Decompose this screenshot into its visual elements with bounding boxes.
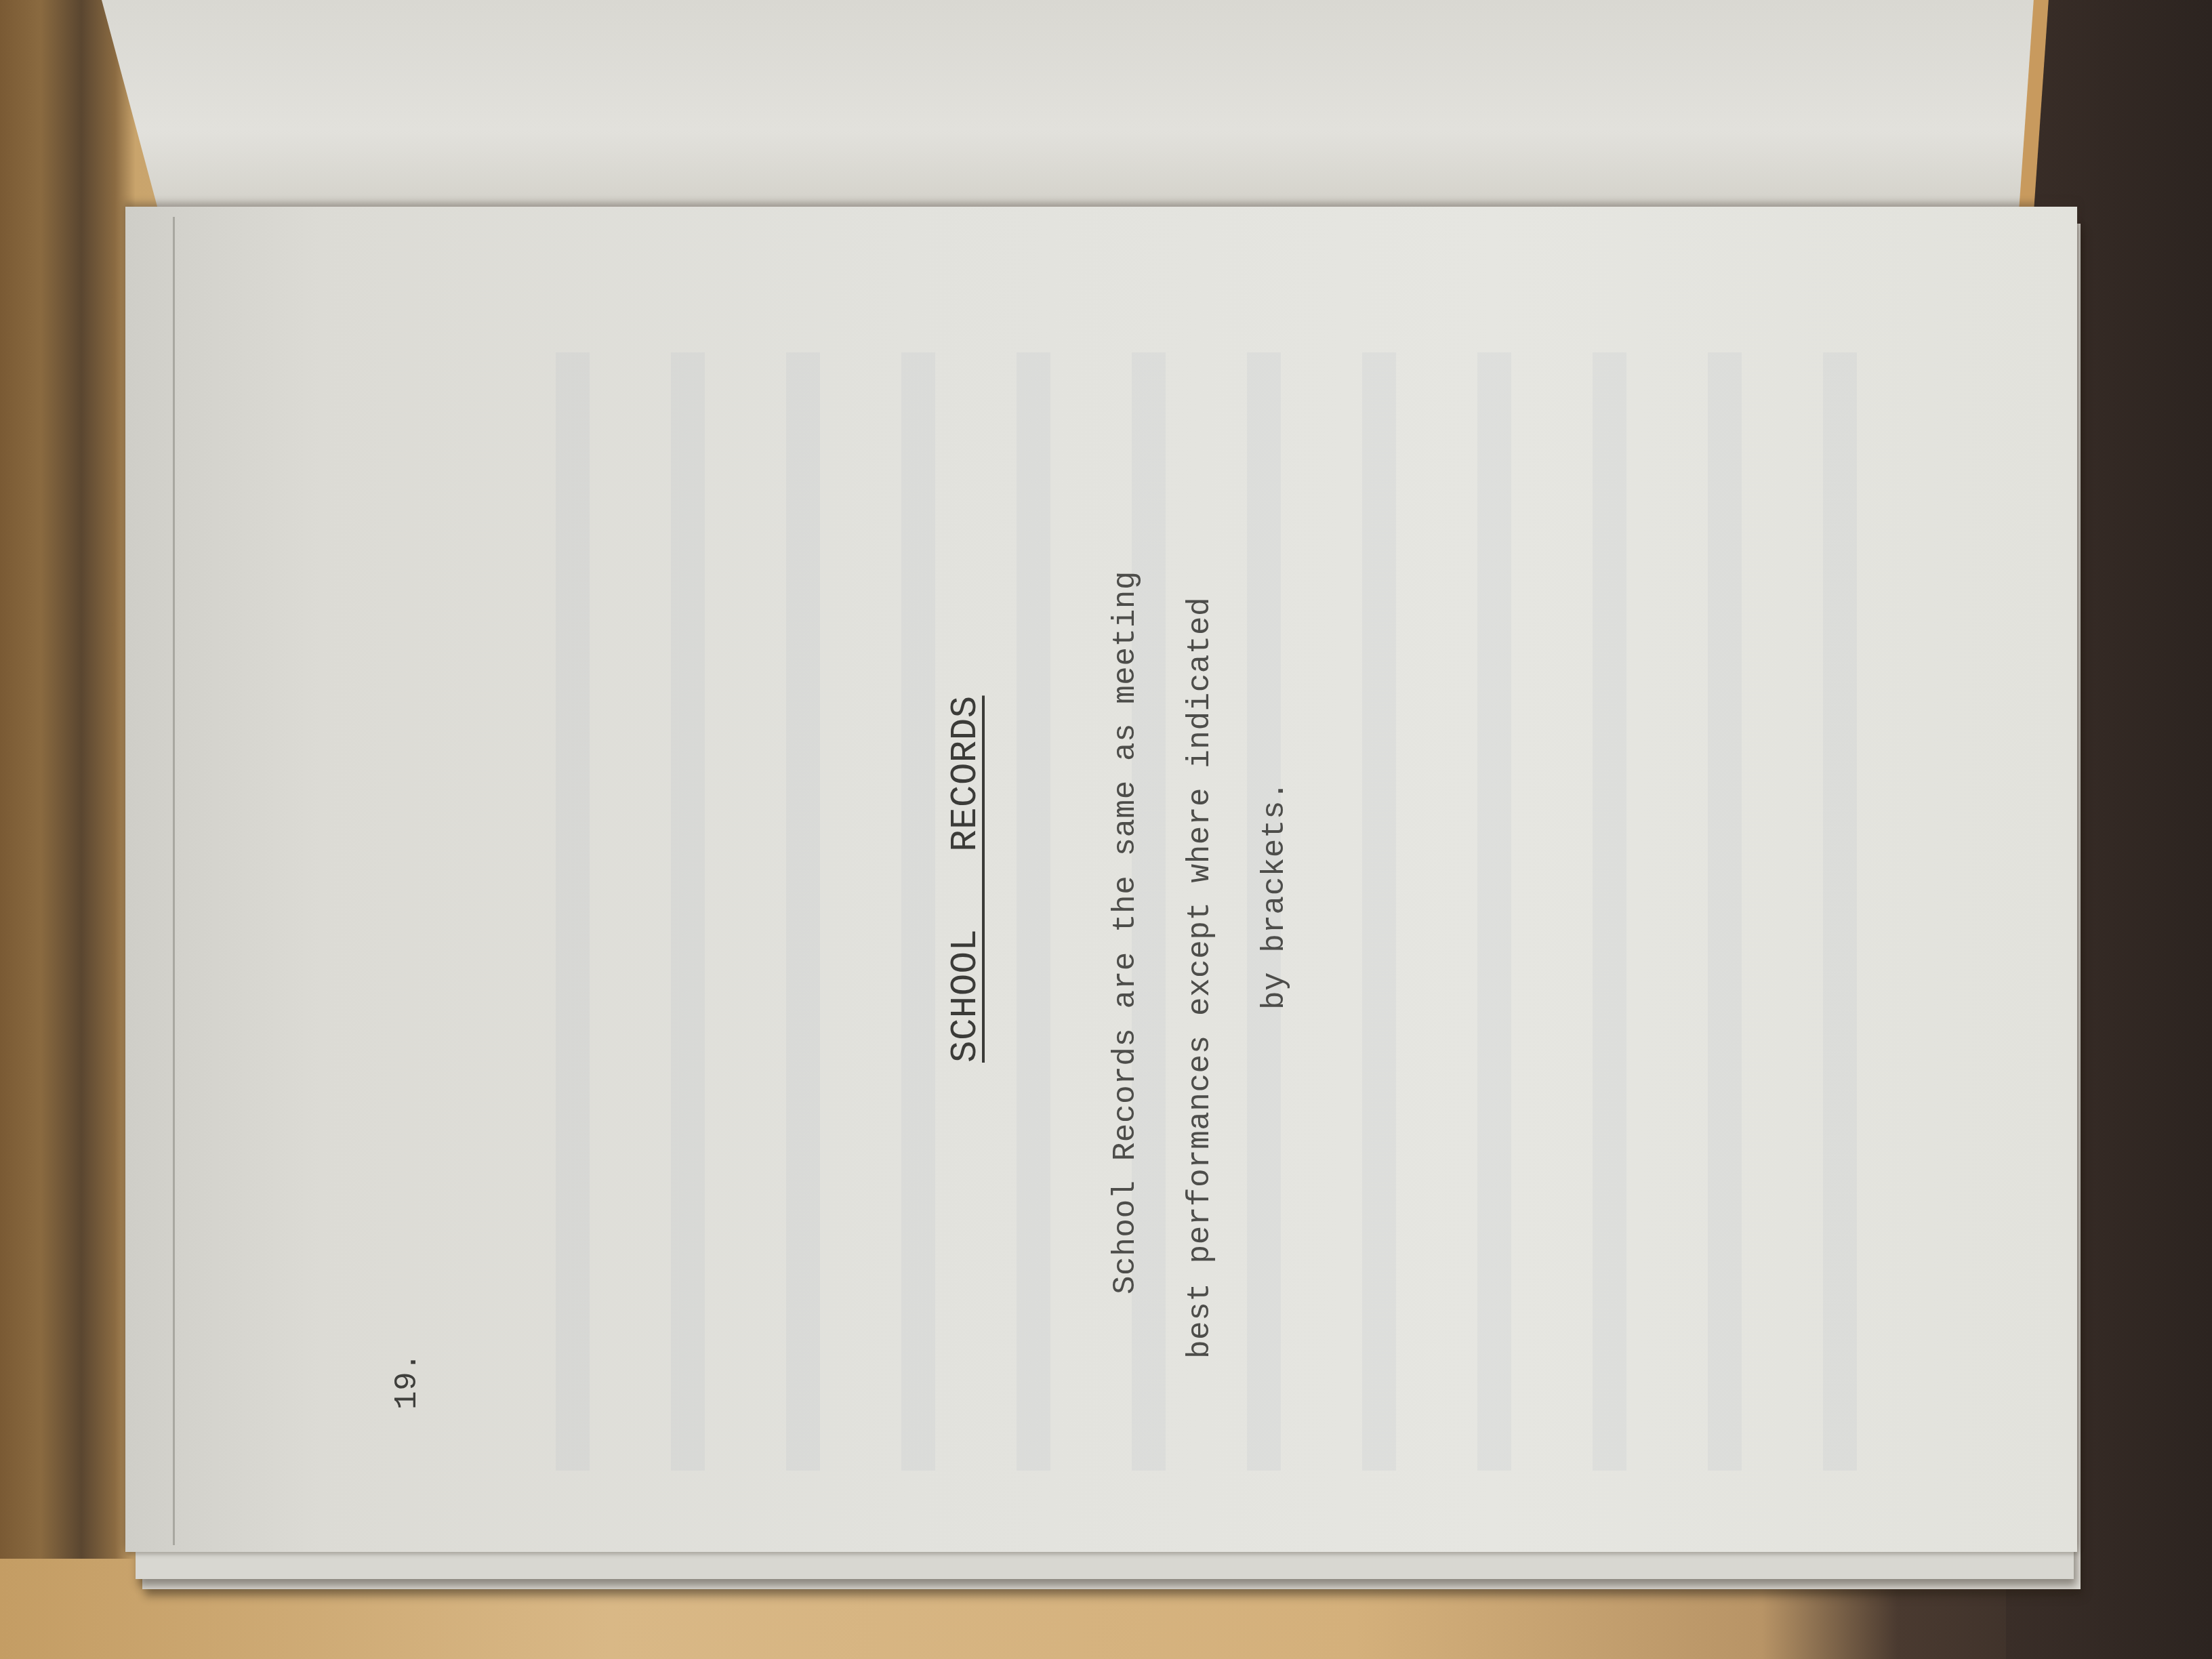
body-line: by brackets. [1257, 781, 1292, 1010]
page-binding-fold [173, 217, 175, 1545]
page-title: SCHOOL RECORDS [945, 695, 987, 1063]
document-page [125, 207, 2077, 1552]
body-line: best performances except where indicated [1183, 597, 1218, 1359]
page-number: 19. [390, 1353, 425, 1410]
body-line: School Records are the same as meeting [1108, 571, 1143, 1294]
previous-page [102, 0, 2047, 217]
